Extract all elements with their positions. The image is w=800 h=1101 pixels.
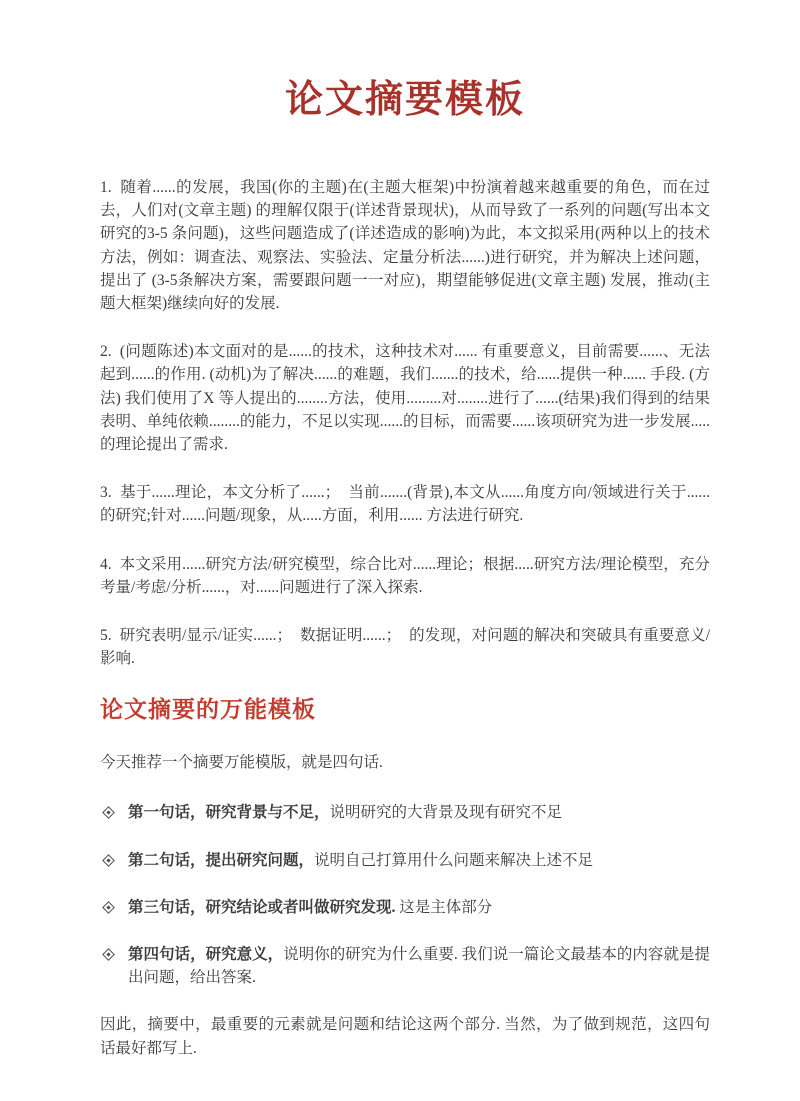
section-conclusion: 因此，摘要中，最重要的元素就是问题和结论这两个部分. 当然，为了做到规范，这四句… bbox=[100, 1013, 710, 1059]
diamond-bullet-icon bbox=[103, 855, 114, 866]
bullet-lead: 第三句话，研究结论或者叫做研究发现. bbox=[128, 899, 395, 916]
section-intro: 今天推荐一个摘要万能模版，就是四句话. bbox=[100, 751, 710, 774]
bullet-lead: 第二句话，提出研究问题， bbox=[128, 852, 314, 869]
document-page: 论文摘要模板 1. 随着......的发展，我国(你的主题)在(主题大框架)中扮… bbox=[0, 0, 800, 1101]
bullet-lead: 第一句话，研究背景与不足， bbox=[128, 804, 330, 821]
section-heading: 论文摘要的万能模板 bbox=[100, 695, 710, 725]
bullet-text: 第二句话，提出研究问题，说明自己打算用什么问题来解决上述不足 bbox=[128, 849, 710, 872]
bullet-item-sentence-2: 第二句话，提出研究问题，说明自己打算用什么问题来解决上述不足 bbox=[100, 849, 710, 872]
page-title: 论文摘要模板 bbox=[100, 78, 710, 122]
diamond-bullet-icon bbox=[103, 902, 114, 913]
bullet-item-sentence-4: 第四句话，研究意义，说明你的研究为什么重要. 我们说一篇论文最基本的内容就是提出… bbox=[100, 943, 710, 989]
abstract-template-item-4: 4. 本文采用......研究方法/研究模型，综合比对......理论；根据..… bbox=[100, 553, 710, 599]
abstract-template-item-2: 2. (问题陈述)本文面对的是......的技术，这种技术对...... 有重要… bbox=[100, 340, 710, 456]
bullet-lead: 第四句话，研究意义， bbox=[128, 946, 283, 963]
diamond-bullet-icon bbox=[103, 807, 114, 818]
bullet-detail: 说明自己打算用什么问题来解决上述不足 bbox=[314, 852, 593, 869]
abstract-template-item-5: 5. 研究表明/显示/证实......； 数据证明......； 的发现，对问题… bbox=[100, 624, 710, 670]
bullet-item-sentence-3: 第三句话，研究结论或者叫做研究发现. 这是主体部分 bbox=[100, 896, 710, 919]
abstract-template-item-3: 3. 基于......理论，本文分析了......； 当前.......(背景)… bbox=[100, 481, 710, 527]
bullet-item-sentence-1: 第一句话，研究背景与不足，说明研究的大背景及现有研究不足 bbox=[100, 801, 710, 824]
bullet-detail: 说明研究的大背景及现有研究不足 bbox=[330, 804, 563, 821]
bullet-text: 第三句话，研究结论或者叫做研究发现. 这是主体部分 bbox=[128, 896, 710, 919]
bullet-text: 第四句话，研究意义，说明你的研究为什么重要. 我们说一篇论文最基本的内容就是提出… bbox=[128, 943, 710, 989]
diamond-bullet-icon bbox=[103, 949, 114, 960]
bullet-text: 第一句话，研究背景与不足，说明研究的大背景及现有研究不足 bbox=[128, 801, 710, 824]
bullet-detail: 这是主体部分 bbox=[395, 899, 492, 916]
abstract-template-item-1: 1. 随着......的发展，我国(你的主题)在(主题大框架)中扮演着越来越重要… bbox=[100, 176, 710, 315]
